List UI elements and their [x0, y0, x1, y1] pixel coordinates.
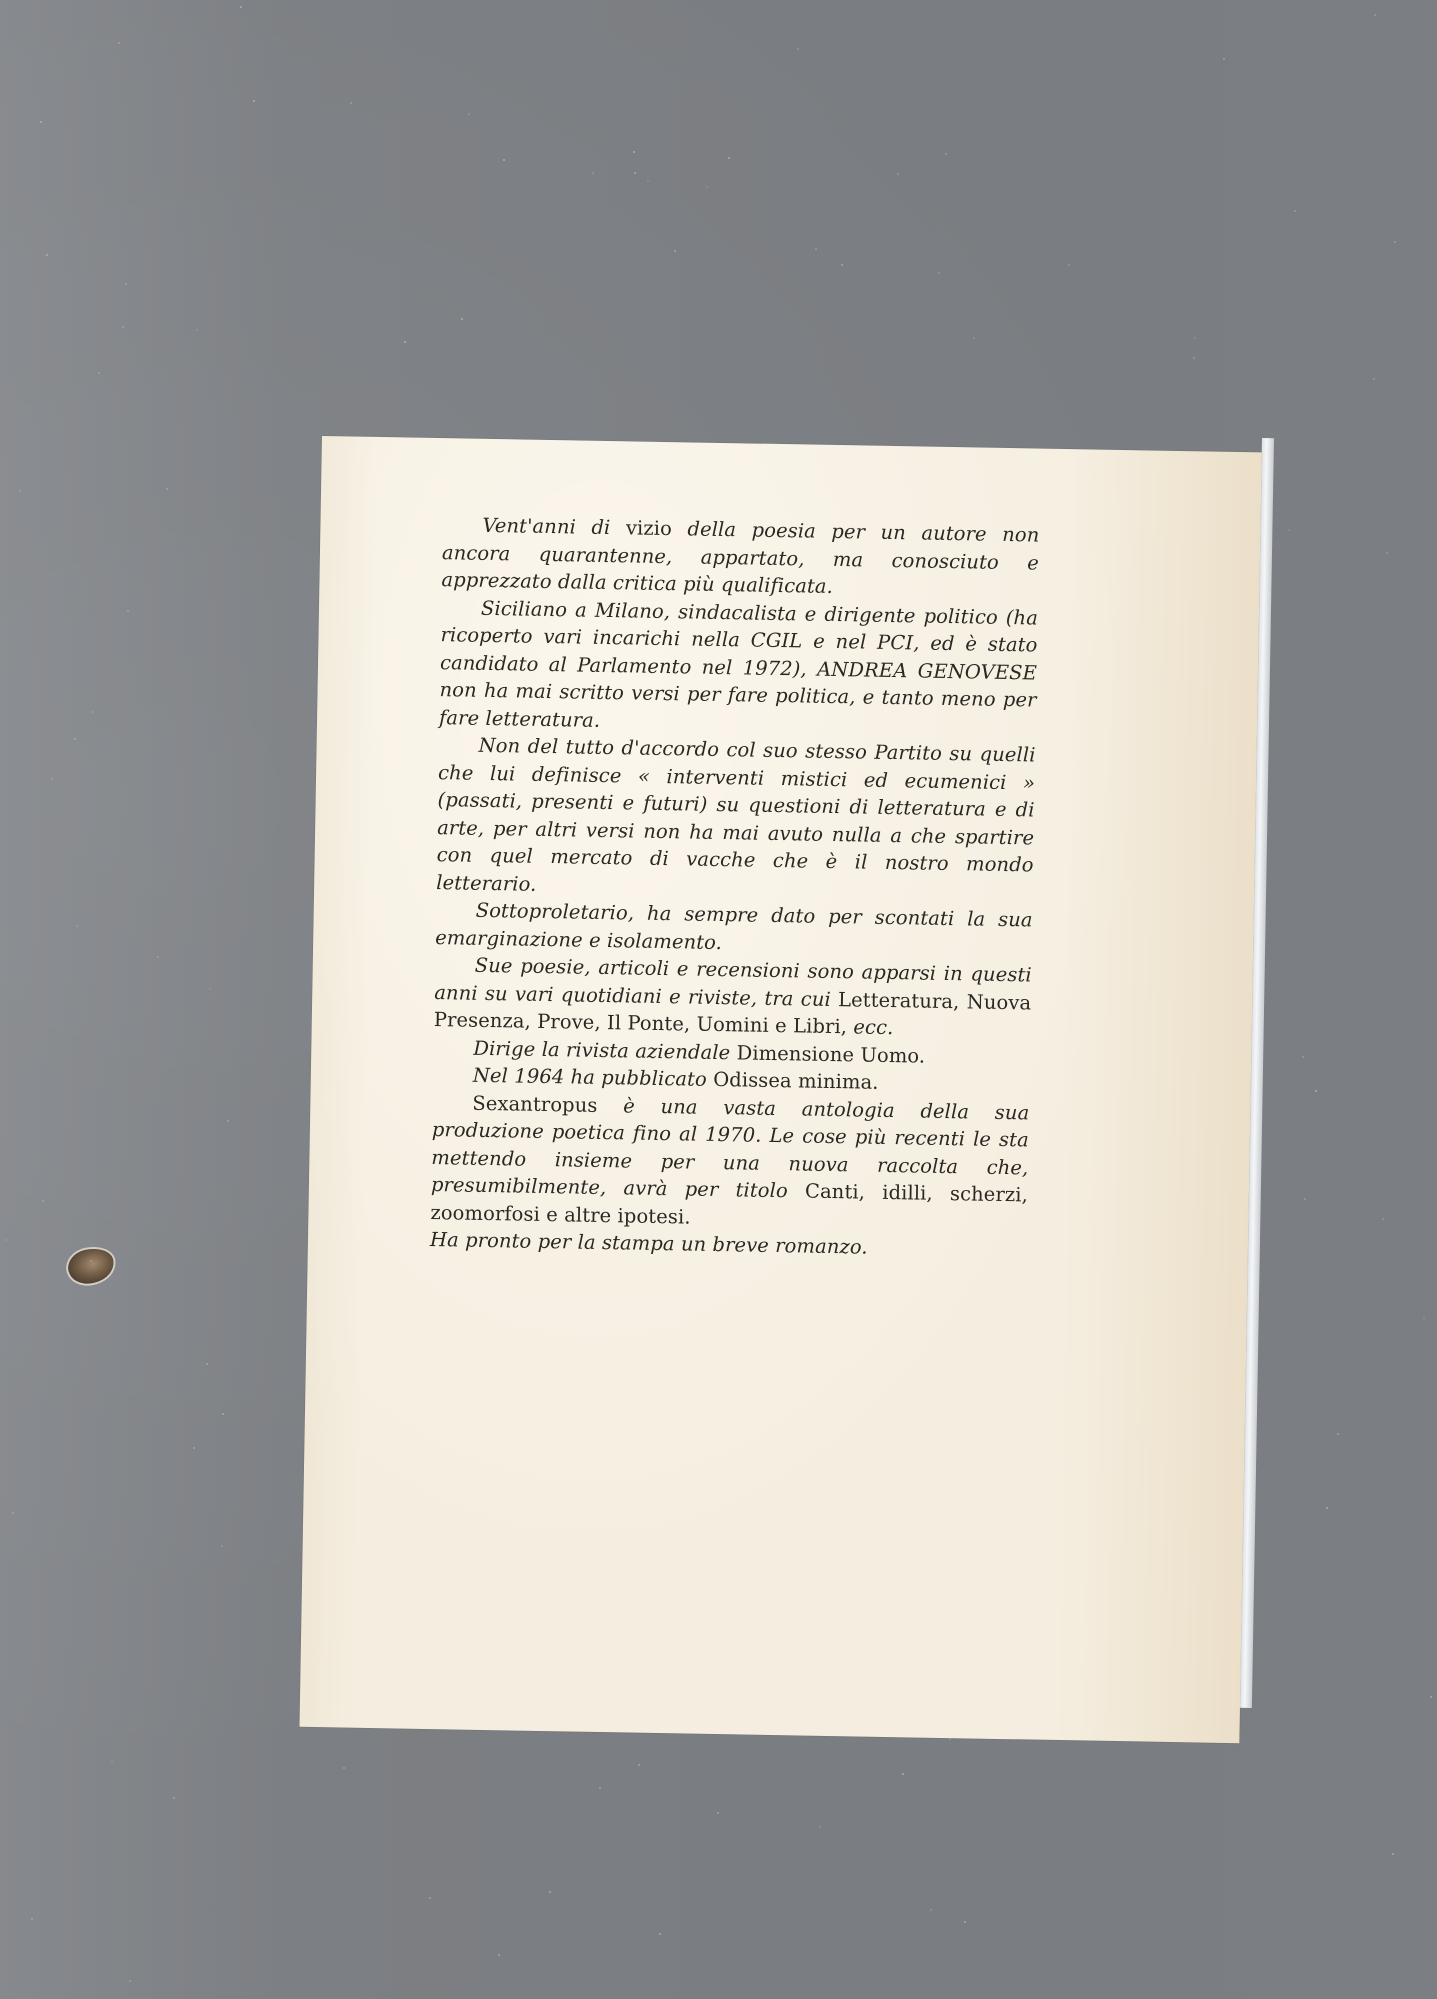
dust-speck [638, 1764, 640, 1766]
dust-speck [1337, 1433, 1339, 1435]
dust-speck [1288, 529, 1290, 531]
dust-speck [222, 1413, 224, 1415]
dust-speck [1423, 1317, 1425, 1319]
dust-speck [498, 1954, 500, 1956]
dust-speck [111, 1761, 113, 1763]
dust-speck [350, 102, 352, 104]
dust-speck [728, 157, 730, 159]
dust-speck [945, 153, 947, 155]
dust-speck [634, 172, 636, 174]
dust-speck [1374, 14, 1376, 16]
dust-speck [706, 186, 708, 188]
text-segment: ecc. [853, 1015, 893, 1039]
dust-speck [815, 248, 817, 250]
dust-speck [647, 180, 649, 182]
dust-speck [841, 264, 843, 266]
dust-speck [92, 711, 94, 713]
dust-speck [973, 337, 975, 339]
dust-speck [461, 318, 463, 320]
dust-speck [1392, 1853, 1394, 1855]
dust-speck [98, 372, 100, 374]
dust-speck [173, 1797, 175, 1799]
dust-speck [240, 6, 242, 8]
dust-speck [19, 490, 21, 492]
dust-speck [1373, 378, 1375, 380]
dust-speck [31, 1918, 33, 1920]
dust-speck [1302, 1056, 1304, 1058]
dust-speck [42, 1200, 44, 1202]
dust-speck [819, 1826, 821, 1828]
dust-speck [404, 341, 406, 343]
dust-speck [659, 1933, 661, 1935]
dust-speck [1068, 264, 1070, 266]
dust-speck [1430, 1696, 1432, 1698]
paragraph-8: Sexantropus è una vasta antologia della … [430, 1089, 1029, 1237]
text-segment: Siciliano a Milano, sindacalista e dirig… [439, 596, 1038, 731]
dust-speck [193, 1447, 195, 1449]
dust-speck [1304, 1198, 1306, 1200]
dust-speck [343, 1767, 345, 1769]
dust-speck [599, 1787, 601, 1789]
dust-speck [1394, 241, 1396, 243]
dust-speck [196, 329, 198, 331]
dust-speck [674, 250, 676, 252]
dust-speck [253, 100, 255, 102]
dust-speck [46, 254, 48, 256]
dust-speck [206, 1363, 208, 1365]
text-segment: Ha pronto per la stampa un breve romanzo… [430, 1228, 868, 1259]
dust-speck [1326, 1507, 1328, 1509]
text-segment: Sexantropus [472, 1091, 623, 1117]
dust-speck [221, 1545, 223, 1547]
paragraph-3: Non del tutto d'accordo col suo stesso P… [436, 731, 1036, 906]
text-segment: Nel 1964 ha pubblicato [473, 1064, 714, 1091]
dust-speck [633, 151, 635, 153]
dust-speck [157, 956, 159, 958]
dust-speck [125, 283, 127, 285]
dust-speck [592, 172, 594, 174]
text-segment: Sottoproletario, ha sempre dato per scon… [435, 899, 1033, 954]
dust-speck [1386, 552, 1388, 554]
dust-speck [902, 1773, 904, 1775]
book-back-cover: Vent'anni di vizio della poesia per un a… [299, 436, 1261, 1743]
dust-speck [40, 121, 42, 123]
dust-speck [429, 1897, 431, 1899]
text-segment: Non del tutto d'accordo col suo stesso P… [436, 734, 1036, 896]
dust-speck [897, 173, 899, 175]
text-segment: Dirige la rivista aziendale [473, 1036, 737, 1064]
dust-speck [503, 159, 505, 161]
dust-speck [127, 610, 129, 612]
dust-speck [166, 488, 168, 490]
paragraph-5: Sue poesie, articoli e recensioni sono a… [434, 951, 1032, 1044]
dust-speck [1193, 357, 1195, 359]
dust-speck [1223, 58, 1225, 60]
dust-speck [468, 113, 470, 115]
dust-speck [118, 42, 120, 44]
dust-speck [51, 778, 53, 780]
dust-speck [938, 272, 940, 274]
text-segment: Dimensione Uomo. [736, 1041, 925, 1067]
dust-speck [1382, 1218, 1384, 1220]
dust-speck [797, 48, 799, 50]
paragraph-2: Siciliano a Milano, sindacalista e dirig… [439, 594, 1038, 742]
dust-speck [949, 1738, 951, 1740]
dust-speck [1294, 210, 1296, 212]
dust-speck [1194, 337, 1196, 339]
dust-speck [122, 326, 124, 328]
dust-speck [74, 738, 76, 740]
text-segment: Vent'anni di [482, 514, 626, 540]
dust-speck [549, 1891, 551, 1893]
dust-speck [1315, 1090, 1317, 1092]
dust-speck [76, 925, 78, 927]
blurb-text-block: Vent'anni di vizio della poesia per un a… [430, 511, 1040, 1264]
dust-speck [5, 1239, 7, 1241]
dust-speck [12, 1512, 14, 1514]
paragraph-1: Vent'anni di vizio della poesia per un a… [441, 511, 1039, 604]
dust-speck [227, 1120, 229, 1122]
dust-speck [209, 988, 211, 990]
dust-speck [964, 1921, 966, 1923]
text-segment: Odissea minima. [713, 1068, 879, 1094]
dust-speck [930, 1909, 932, 1911]
dust-speck [717, 1812, 719, 1814]
text-segment: vizio [626, 516, 688, 540]
paper-stain-fragment [65, 1245, 117, 1288]
dust-speck [129, 1980, 131, 1982]
